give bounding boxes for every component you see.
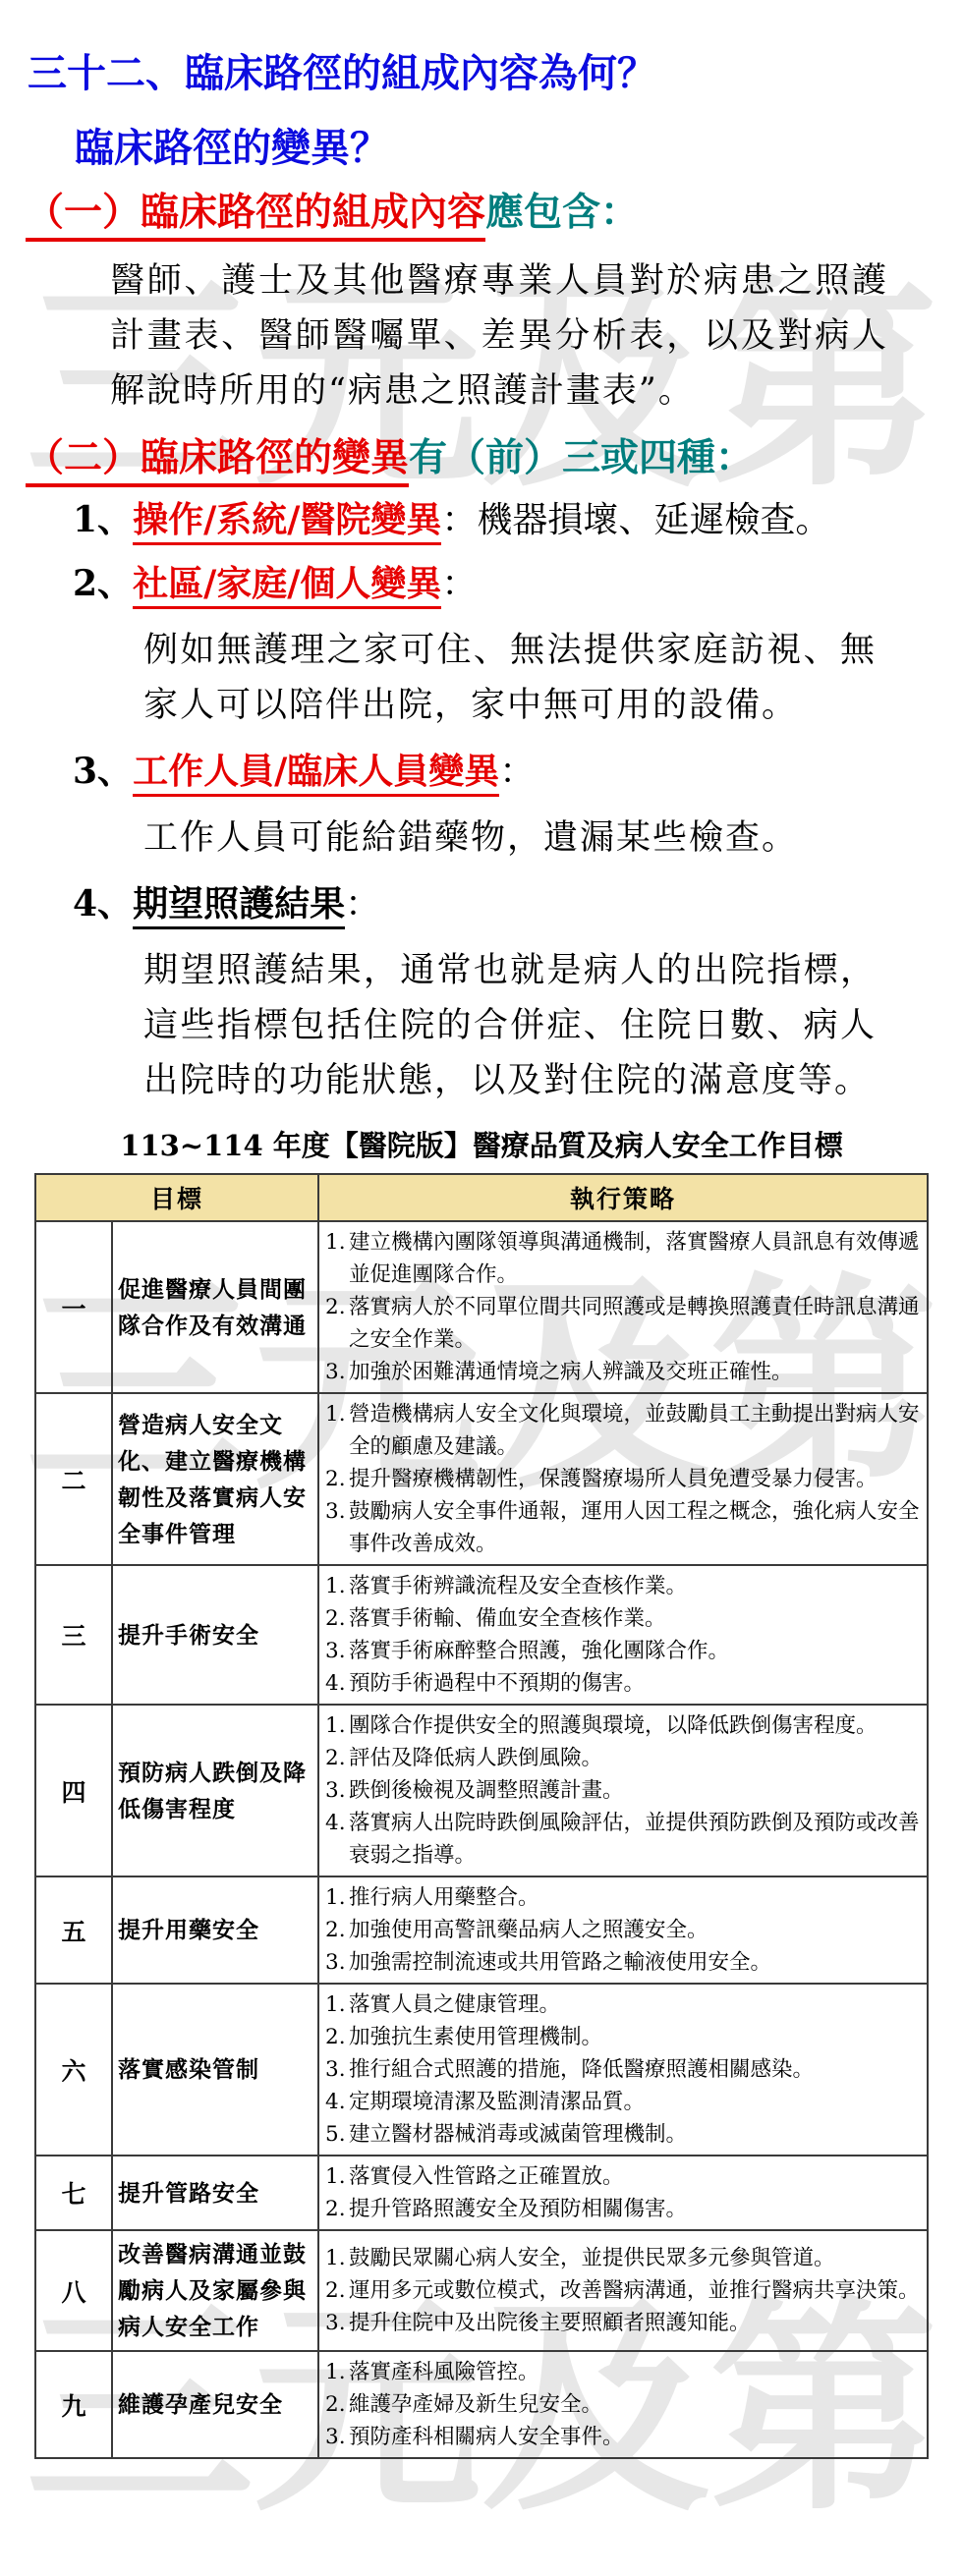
item-2-number: 2、 — [73, 563, 133, 604]
item-3-body: 工作人員可能給錯藥物，遺漏某些檢查。 — [143, 811, 877, 866]
item-4-number: 4、 — [73, 883, 133, 924]
strategy-item: 落實侵入性管路之正確置放。 — [325, 2160, 924, 2193]
table-title: 113~114 年度【醫院版】醫療品質及病人安全工作目標 — [0, 1128, 963, 1163]
strategy-list: 落實手術辨識流程及安全查核作業。落實手術輸、備血安全查核作業。落實手術麻醉整合照… — [325, 1570, 924, 1700]
goals-table: 目標 執行策略 一 促進醫療人員間團隊合作及有效溝通 建立機構內團隊領導與溝通機… — [34, 1173, 929, 2459]
row-number: 二 — [35, 1393, 112, 1565]
strategy-item: 建立醫材器械消毒或滅菌管理機制。 — [325, 2118, 924, 2151]
strategy-list: 鼓勵民眾關心病人安全，並提供民眾多元參與管道。運用多元或數位模式，改善醫病溝通，… — [325, 2242, 924, 2339]
row-goal: 促進醫療人員間團隊合作及有效溝通 — [112, 1221, 318, 1393]
variance-item-1: 1、操作/系統/醫院變異：機器損壞、延遲檢查。 — [73, 495, 963, 545]
table-row: 八 改善醫病溝通並鼓勵病人及家屬參與病人安全工作 鼓勵民眾關心病人安全，並提供民… — [35, 2230, 928, 2351]
table-row: 六 落實感染管制 落實人員之健康管理。加強抗生素使用管理機制。推行組合式照護的措… — [35, 1984, 928, 2156]
row-goal: 提升管路安全 — [112, 2156, 318, 2230]
row-goal: 落實感染管制 — [112, 1984, 318, 2156]
item-3-label: 工作人員/臨床人員變異 — [133, 751, 499, 797]
strategy-item: 加強需控制流速或共用管路之輸液使用安全。 — [325, 1946, 924, 1979]
item-2-label: 社區/家庭/個人變異 — [133, 563, 441, 609]
variance-item-2: 2、社區/家庭/個人變異： — [73, 559, 963, 609]
strategy-list: 建立機構內團隊領導與溝通機制，落實醫療人員訊息有效傳遞並促進團隊合作。落實病人於… — [325, 1226, 924, 1388]
row-strategies: 營造機構病人安全文化與環境，並鼓勵員工主動提出對病人安全的顧慮及建議。提升醫療機… — [318, 1393, 928, 1565]
item-2-colon: ： — [441, 564, 477, 604]
strategy-item: 落實人員之健康管理。 — [325, 1988, 924, 2021]
strategy-item: 團隊合作提供安全的照護與環境，以降低跌倒傷害程度。 — [325, 1709, 924, 1742]
section-1-heading: （一）臨床路徑的組成內容應包含： — [26, 189, 963, 236]
variance-item-3: 3、工作人員/臨床人員變異： — [73, 747, 963, 797]
row-number: 五 — [35, 1876, 112, 1984]
row-strategies: 團隊合作提供安全的照護與環境，以降低跌倒傷害程度。評估及降低病人跌倒風險。跌倒後… — [318, 1705, 928, 1876]
section-1-body: 醫師、護士及其他醫療專業人員對於病患之照護計畫表、醫師醫囑單、差異分析表，以及對… — [110, 253, 888, 419]
table-row: 五 提升用藥安全 推行病人用藥整合。加強使用高警訊藥品病人之照護安全。加強需控制… — [35, 1876, 928, 1984]
item-3-number: 3、 — [73, 751, 133, 792]
strategy-item: 提升醫療機構韌性，保護醫療場所人員免遭受暴力侵害。 — [325, 1463, 924, 1495]
strategy-item: 鼓勵民眾關心病人安全，並提供民眾多元參與管道。 — [325, 2242, 924, 2274]
row-goal: 預防病人跌倒及降低傷害程度 — [112, 1705, 318, 1876]
strategy-item: 落實產科風險管控。 — [325, 2356, 924, 2388]
strategy-item: 鼓勵病人安全事件通報，運用人因工程之概念，強化病人安全事件改善成效。 — [325, 1495, 924, 1560]
section-2-heading-teal: 有（前）三或四種： — [409, 435, 754, 480]
goal-column-header: 目標 — [35, 1174, 318, 1221]
row-strategies: 落實手術辨識流程及安全查核作業。落實手術輸、備血安全查核作業。落實手術麻醉整合照… — [318, 1565, 928, 1705]
section-1-heading-teal: 應包含： — [485, 190, 639, 235]
item-4-body: 期望照護結果，通常也就是病人的出院指標，這些指標包括住院的合併症、住院日數、病人… — [143, 943, 877, 1108]
strategy-item: 維護孕產婦及新生兒安全。 — [325, 2388, 924, 2421]
strategy-item: 營造機構病人安全文化與環境，並鼓勵員工主動提出對病人安全的顧慮及建議。 — [325, 1398, 924, 1463]
row-strategies: 落實產科風險管控。維護孕產婦及新生兒安全。預防產科相關病人安全事件。 — [318, 2351, 928, 2458]
item-1-label: 操作/系統/醫院變異 — [133, 499, 441, 545]
row-number: 七 — [35, 2156, 112, 2230]
row-strategies: 落實侵入性管路之正確置放。提升管路照護安全及預防相關傷害。 — [318, 2156, 928, 2230]
strategy-item: 落實手術輸、備血安全查核作業。 — [325, 1602, 924, 1635]
strategy-item: 預防產科相關病人安全事件。 — [325, 2421, 924, 2453]
strategy-item: 落實手術辨識流程及安全查核作業。 — [325, 1570, 924, 1602]
section-1-heading-red: （一）臨床路徑的組成內容 — [26, 190, 485, 242]
strategy-list: 落實產科風險管控。維護孕產婦及新生兒安全。預防產科相關病人安全事件。 — [325, 2356, 924, 2453]
strategy-item: 加強使用高警訊藥品病人之照護安全。 — [325, 1914, 924, 1946]
strategy-item: 加強於困難溝通情境之病人辨識及交班正確性。 — [325, 1356, 924, 1388]
row-number: 六 — [35, 1984, 112, 2156]
table-row: 七 提升管路安全 落實侵入性管路之正確置放。提升管路照護安全及預防相關傷害。 — [35, 2156, 928, 2230]
strategy-list: 落實人員之健康管理。加強抗生素使用管理機制。推行組合式照護的措施，降低醫療照護相… — [325, 1988, 924, 2151]
strategy-item: 落實病人於不同單位間共同照護或是轉換照護責任時訊息溝通之安全作業。 — [325, 1291, 924, 1356]
strategy-item: 跌倒後檢視及調整照護計畫。 — [325, 1774, 924, 1807]
row-strategies: 鼓勵民眾關心病人安全，並提供民眾多元參與管道。運用多元或數位模式，改善醫病溝通，… — [318, 2230, 928, 2351]
row-number: 一 — [35, 1221, 112, 1393]
table-row: 一 促進醫療人員間團隊合作及有效溝通 建立機構內團隊領導與溝通機制，落實醫療人員… — [35, 1221, 928, 1393]
item-4-label: 期望照護結果 — [133, 883, 345, 929]
item-4-colon: ： — [345, 884, 380, 924]
strategy-list: 營造機構病人安全文化與環境，並鼓勵員工主動提出對病人安全的顧慮及建議。提升醫療機… — [325, 1398, 924, 1560]
item-1-text: ：機器損壞、延遲檢查。 — [441, 500, 830, 540]
strategy-item: 運用多元或數位模式，改善醫病溝通，並推行醫病共享決策。 — [325, 2274, 924, 2307]
item-1-number: 1、 — [73, 499, 133, 540]
section-2-heading: （二）臨床路徑的變異有（前）三或四種： — [26, 434, 963, 481]
row-goal: 提升手術安全 — [112, 1565, 318, 1705]
row-strategies: 落實人員之健康管理。加強抗生素使用管理機制。推行組合式照護的措施，降低醫療照護相… — [318, 1984, 928, 2156]
row-strategies: 推行病人用藥整合。加強使用高警訊藥品病人之照護安全。加強需控制流速或共用管路之輸… — [318, 1876, 928, 1984]
strategy-item: 加強抗生素使用管理機制。 — [325, 2021, 924, 2053]
document-page: 三十二、臨床路徑的組成內容為何？ 臨床路徑的變異？ （一）臨床路徑的組成內容應包… — [0, 0, 963, 2459]
table-row: 三 提升手術安全 落實手術辨識流程及安全查核作業。落實手術輸、備血安全查核作業。… — [35, 1565, 928, 1705]
strategy-item: 推行組合式照護的措施，降低醫療照護相關感染。 — [325, 2053, 924, 2086]
strategy-list: 落實侵入性管路之正確置放。提升管路照護安全及預防相關傷害。 — [325, 2160, 924, 2225]
strategy-list: 推行病人用藥整合。加強使用高警訊藥品病人之照護安全。加強需控制流速或共用管路之輸… — [325, 1881, 924, 1979]
page-title-line1: 三十二、臨床路徑的組成內容為何？ — [28, 49, 963, 98]
row-goal: 維護孕產兒安全 — [112, 2351, 318, 2458]
row-number: 九 — [35, 2351, 112, 2458]
strategy-item: 定期環境清潔及監測清潔品質。 — [325, 2086, 924, 2118]
table-row: 四 預防病人跌倒及降低傷害程度 團隊合作提供安全的照護與環境，以降低跌倒傷害程度… — [35, 1705, 928, 1876]
strategy-item: 落實病人出院時跌倒風險評估，並提供預防跌倒及預防或改善衰弱之指導。 — [325, 1807, 924, 1872]
row-number: 四 — [35, 1705, 112, 1876]
row-goal: 提升用藥安全 — [112, 1876, 318, 1984]
variance-item-4: 4、期望照護結果： — [73, 879, 963, 929]
row-strategies: 建立機構內團隊領導與溝通機制，落實醫療人員訊息有效傳遞並促進團隊合作。落實病人於… — [318, 1221, 928, 1393]
item-2-body: 例如無護理之家可住、無法提供家庭訪視、無家人可以陪伴出院，家中無可用的設備。 — [143, 623, 877, 733]
table-header-row: 目標 執行策略 — [35, 1174, 928, 1221]
strategy-list: 團隊合作提供安全的照護與環境，以降低跌倒傷害程度。評估及降低病人跌倒風險。跌倒後… — [325, 1709, 924, 1872]
row-number: 八 — [35, 2230, 112, 2351]
strategy-item: 建立機構內團隊領導與溝通機制，落實醫療人員訊息有效傳遞並促進團隊合作。 — [325, 1226, 924, 1291]
item-3-colon: ： — [499, 752, 535, 792]
table-row: 二 營造病人安全文化、建立醫療機構韌性及落實病人安全事件管理 營造機構病人安全文… — [35, 1393, 928, 1565]
page-title-line2: 臨床路徑的變異？ — [75, 124, 963, 173]
table-row: 九 維護孕產兒安全 落實產科風險管控。維護孕產婦及新生兒安全。預防產科相關病人安… — [35, 2351, 928, 2458]
section-2-heading-red: （二）臨床路徑的變異 — [26, 435, 409, 487]
strategy-item: 提升管路照護安全及預防相關傷害。 — [325, 2193, 924, 2225]
strategy-item: 推行病人用藥整合。 — [325, 1881, 924, 1914]
row-goal: 改善醫病溝通並鼓勵病人及家屬參與病人安全工作 — [112, 2230, 318, 2351]
row-goal: 營造病人安全文化、建立醫療機構韌性及落實病人安全事件管理 — [112, 1393, 318, 1565]
strategy-item: 落實手術麻醉整合照護，強化團隊合作。 — [325, 1635, 924, 1667]
row-number: 三 — [35, 1565, 112, 1705]
strategy-column-header: 執行策略 — [318, 1174, 928, 1221]
strategy-item: 評估及降低病人跌倒風險。 — [325, 1742, 924, 1774]
strategy-item: 預防手術過程中不預期的傷害。 — [325, 1667, 924, 1700]
strategy-item: 提升住院中及出院後主要照顧者照護知能。 — [325, 2307, 924, 2339]
